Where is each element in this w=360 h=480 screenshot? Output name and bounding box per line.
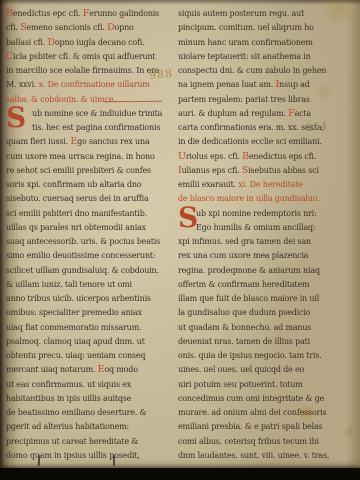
text-run: ub nomine sce & indiuidue trinita bbox=[32, 109, 162, 118]
text-run: re sehot sci emilii presbiteri & confes bbox=[6, 166, 151, 175]
rubric-run: xi. De hereditate bbox=[238, 180, 303, 189]
text-run: isebutus abbas sci bbox=[248, 166, 319, 175]
text-run: precipimus ut careat hereditate & bbox=[6, 437, 138, 446]
text-line: conspectu dni. & cum zabulo in gehen bbox=[178, 64, 336, 78]
text-line: pgerit ad alterius habitationem: bbox=[6, 420, 170, 434]
rubric-underline-flourish bbox=[104, 99, 162, 103]
text-line: Iulianus eps cfi. Sisebutus abbas sci bbox=[178, 164, 336, 178]
text-run: ballasi cfi. bbox=[6, 38, 47, 47]
text-run: Ego humilis & omium ancillaq: bbox=[196, 223, 315, 232]
text-line: pincipum. comitum. uel aliqrum ho bbox=[178, 21, 336, 35]
text-line: obtentu precu. uiaq: ueniam conseq bbox=[6, 349, 170, 363]
margin-annotation-number: 254 bbox=[305, 121, 328, 134]
text-run: nsup ad bbox=[279, 80, 310, 89]
text-run: anno tribus uicib. uicerpos arbentinis bbox=[6, 294, 151, 303]
text-run: la gundisaluo que dudum psedicio bbox=[178, 308, 310, 317]
text-run: minum hanc uram confirmationem bbox=[178, 38, 313, 47]
text-line: quam fieri iussi. Ego sancius rex una bbox=[6, 135, 170, 149]
text-run: cfi. bbox=[6, 23, 20, 32]
text-run: emeno sancionis cfi. bbox=[26, 23, 107, 32]
text-run: acta bbox=[295, 109, 311, 118]
text-run: emiliani presbia. & e patri spali belas bbox=[178, 422, 322, 431]
text-run: erunno galindonis bbox=[89, 9, 159, 18]
text-line: in marcilio sce eolalie firmauims. In er… bbox=[6, 64, 170, 78]
text-run: pgerit ad alterius habitationem: bbox=[6, 422, 129, 431]
text-line: uiolare teptauerit: sit anathema in bbox=[178, 50, 336, 64]
text-line: la gundisaluo que dudum psedicio bbox=[178, 306, 336, 320]
text-line: sisebuto. cuersaq serus dei in aruffia bbox=[6, 192, 170, 206]
text-run: regina. prodeqmone & aniarum niaq bbox=[178, 266, 320, 275]
text-line: uiaq fiat commemoratio missarum. bbox=[6, 321, 170, 335]
drop-cap-initial: S bbox=[6, 104, 26, 132]
text-line: sci emilii psbiteri dno manifestantib. bbox=[6, 207, 170, 221]
text-run: uiri potuim seu potuerint. totum bbox=[178, 380, 303, 389]
text-run: ub xpi nomine redemptoris nri: bbox=[196, 209, 317, 218]
text-line: auri. & duplum ad regulam. Facta bbox=[178, 107, 336, 121]
text-run: de beatissimo emiliano deserture. & bbox=[6, 408, 146, 417]
text-run: omibus: specialiter premedio aniax bbox=[6, 308, 142, 317]
text-line: scilicet uillam gundisaluiq. & cobdouin. bbox=[6, 264, 170, 278]
text-run: habitantibus in ipis uillis auitqse bbox=[6, 394, 131, 403]
text-line: ballasi cfi. Dopno iugla decano cofi. bbox=[6, 36, 170, 50]
rubric-run: D bbox=[47, 37, 54, 48]
text-line: emilii exarauit. xi. De hereditate bbox=[178, 178, 336, 192]
text-line: uines. uel oues. uel quicqd de eo bbox=[178, 363, 336, 377]
text-line: psalmoq. clamoq uiaq apud dnm. ut bbox=[6, 335, 170, 349]
text-line: & uillam iuniz. tali tenore ut omi bbox=[6, 278, 170, 292]
text-line: Uriolus eps. cfi. Benedictus eps cfi. bbox=[178, 150, 336, 164]
text-line: suaq antecessorib. uris. & pocius beatis bbox=[6, 235, 170, 249]
rubric-run: de blasco maiore in uilla gundisaluo. bbox=[178, 194, 320, 203]
text-line: re sehot sci emilii presbiteri & confes bbox=[6, 164, 170, 178]
text-line: murare. ad onium almi dei confessoris bbox=[178, 406, 336, 420]
text-line: precipimus ut careat hereditate & bbox=[6, 435, 170, 449]
margin-annotation-year: 988 bbox=[149, 67, 174, 82]
photo-bottom-edge bbox=[0, 468, 360, 480]
text-line: ut quadam & bonnecho. ad manus bbox=[178, 321, 336, 335]
manuscript-page: Benedictus epc cfi. Ferunno galindoniscf… bbox=[0, 0, 360, 480]
text-run: riolus eps. cfi. bbox=[186, 152, 242, 161]
text-line: de beatissimo emiliano deserture. & bbox=[6, 406, 170, 420]
text-line: habitantibus in ipis uillis auitqse bbox=[6, 392, 170, 406]
text-run: quam fieri iussi. bbox=[6, 137, 70, 146]
text-line: rex una cum uxore mea plazencia bbox=[178, 249, 336, 263]
rubric-run: U bbox=[178, 151, 186, 162]
text-line: domo quam in ipsius uillis posedit, bbox=[6, 449, 170, 463]
text-line: offerim & confirmam hereditatem bbox=[178, 278, 336, 292]
rubric-run: x. De confirmatione uillarum bbox=[39, 80, 150, 89]
text-line: minum hanc uram confirmationem bbox=[178, 36, 336, 50]
text-run: domo quam in ipsius uillis posedit, bbox=[6, 451, 140, 460]
text-line: tis. hec est pagina confirmationis bbox=[6, 121, 170, 135]
text-run: cum uxore mea urraca regina. in hono bbox=[6, 152, 155, 161]
text-line: xpi infimus. sed gra tamen dei san bbox=[178, 235, 336, 249]
text-run: in die dedicationis ecclie sci emiliani. bbox=[178, 137, 322, 146]
text-line: in die dedicationis ecclie sci emiliani. bbox=[178, 135, 336, 149]
text-run: mercant uiaq notarum. bbox=[6, 365, 98, 374]
text-run: dnm laudantes. sunt. viii. uinee. v. tra… bbox=[178, 451, 329, 460]
text-run: icla psbiter cfi. & omis qui adfuerunt bbox=[13, 52, 155, 61]
text-run: comi albus. ceterisq fribus tecum ibi bbox=[178, 437, 319, 446]
text-line: deueniat nras. tamen de illius pati bbox=[178, 335, 336, 349]
rubric-run: D bbox=[107, 22, 114, 33]
text-line: M. xxvi. x. De confirmatione uillarum bbox=[6, 78, 170, 92]
text-run: carta confirmationis era. m. xx. sexta, bbox=[178, 123, 324, 132]
text-run: murare. ad onium almi dei confessoris bbox=[178, 408, 326, 417]
text-run: simo emilio deuotissime concesserunt: bbox=[6, 251, 155, 260]
text-run: xpi infimus. sed gra tamen dei san bbox=[178, 237, 311, 246]
text-line: illam que fuit de blasco maiore in uil bbox=[178, 292, 336, 306]
text-line: siquis autem posterum regu. aut bbox=[178, 7, 336, 21]
column-right: siquis autem posterum regu. autpincipum.… bbox=[178, 7, 336, 463]
text-run: sisebuto. cuersaq serus dei in aruffia bbox=[6, 194, 149, 203]
text-run: uiaq fiat commemoratio missarum. bbox=[6, 323, 141, 332]
text-run: obtentu precu. uiaq: ueniam conseq bbox=[6, 351, 145, 360]
text-line: emiliani presbia. & e patri spali belas bbox=[178, 420, 336, 434]
text-run: psalmoq. clamoq uiaq apud dnm. ut bbox=[6, 337, 145, 346]
text-run: emilii exarauit. bbox=[178, 180, 238, 189]
text-run: na ignem penas luat am. bbox=[178, 80, 275, 89]
text-line: ut eas confirmamus. ut siquis ex bbox=[6, 378, 170, 392]
text-line: onis. quia de ipsius negocio. tam tris. bbox=[178, 349, 336, 363]
text-line: mercant uiaq notarum. Eoq modo bbox=[6, 363, 170, 377]
text-line: soris xpi. confirmam ub altaria dno bbox=[6, 178, 170, 192]
text-run: in marcilio sce eolalie firmauims. In er… bbox=[6, 66, 159, 75]
text-run: enedictus eps cfi. bbox=[249, 152, 316, 161]
text-run: rex una cum uxore mea plazencia bbox=[178, 251, 308, 260]
text-line: ub nomine sce & indiuidue trinita bbox=[6, 107, 170, 121]
text-run: M. xxvi. bbox=[6, 80, 39, 89]
text-line: comi albus. ceterisq fribus tecum ibi bbox=[178, 435, 336, 449]
text-run: deueniat nras. tamen de illius pati bbox=[178, 337, 310, 346]
text-run: opno iugla decano cofi. bbox=[55, 38, 145, 47]
text-line: regina. prodeqmone & aniarum niaq bbox=[178, 264, 336, 278]
text-line: de blasco maiore in uilla gundisaluo. bbox=[178, 192, 336, 206]
text-run: partem regalem: pariat tres libras bbox=[178, 95, 310, 104]
text-run: conspectu dni. & cum zabulo in gehen bbox=[178, 66, 326, 75]
text-run: ut quadam & bonnecho. ad manus bbox=[178, 323, 311, 332]
text-run: onis. quia de ipsius negocio. tam tris. bbox=[178, 351, 322, 360]
text-run: uiolare teptauerit: sit anathema in bbox=[178, 52, 311, 61]
text-run: scilicet uillam gundisaluiq. & cobdouin. bbox=[6, 266, 159, 275]
text-run: pincipum. comitum. uel aliqrum ho bbox=[178, 23, 314, 32]
text-line: na ignem penas luat am. Insup ad bbox=[178, 78, 336, 92]
text-line: Ego humilis & omium ancillaq: bbox=[178, 221, 336, 235]
text-line: Cicla psbiter cfi. & omis qui adfuerunt bbox=[6, 50, 170, 64]
column-left: Benedictus epc cfi. Ferunno galindoniscf… bbox=[6, 7, 170, 463]
text-run: suaq antecessorib. uris. & pocius beatis bbox=[6, 237, 160, 246]
text-run: go sancius rex una bbox=[77, 137, 149, 146]
text-line: anno tribus uicib. uicerpos arbentinis bbox=[6, 292, 170, 306]
text-run: sci emilii psbiteri dno manifestantib. bbox=[6, 209, 147, 218]
text-line: cum uxore mea urraca regina. in hono bbox=[6, 150, 170, 164]
text-run: ulianus eps cfi. bbox=[182, 166, 242, 175]
pen-mark bbox=[38, 455, 40, 466]
text-line: simo emilio deuotissime concesserunt: bbox=[6, 249, 170, 263]
rubric-run: B bbox=[242, 151, 249, 162]
text-run: soris xpi. confirmam ub altaria dno bbox=[6, 180, 141, 189]
text-run: tis. hec est pagina confirmationis bbox=[32, 123, 160, 132]
text-run: ut eas confirmamus. ut siquis ex bbox=[6, 380, 131, 389]
text-run: uillas qs parales nri obtemodii aniax bbox=[6, 223, 146, 232]
text-run: offerim & confirmam hereditatem bbox=[178, 280, 309, 289]
text-run: illam que fuit de blasco maiore in uil bbox=[178, 294, 319, 303]
text-line: uillas qs parales nri obtemodii aniax bbox=[6, 221, 170, 235]
pen-mark bbox=[113, 455, 115, 466]
text-line: Benedictus epc cfi. Ferunno galindonis bbox=[6, 7, 170, 21]
text-line: uiri potuim seu potuerint. totum bbox=[178, 378, 336, 392]
text-run: concedimus cum omi integritate & ge bbox=[178, 394, 324, 403]
text-run: enedictus epc cfi. bbox=[13, 9, 83, 18]
text-run: uines. uel oues. uel quicqd de eo bbox=[178, 365, 304, 374]
drop-cap-initial: S bbox=[178, 204, 198, 232]
text-line: partem regalem: pariat tres libras bbox=[178, 93, 336, 107]
text-line: ub xpi nomine redemptoris nri: bbox=[178, 207, 336, 221]
text-line: omibus: specialiter premedio aniax bbox=[6, 306, 170, 320]
text-run: oq modo bbox=[104, 365, 137, 374]
text-run: & uillam iuniz. tali tenore ut omi bbox=[6, 280, 132, 289]
rubric-run: B bbox=[6, 8, 13, 19]
text-run: siquis autem posterum regu. aut bbox=[178, 9, 304, 18]
text-run: opno bbox=[115, 23, 134, 32]
text-line: dnm laudantes. sunt. viii. uinee. v. tra… bbox=[178, 449, 336, 463]
text-run: auri. & duplum ad regulam. bbox=[178, 109, 288, 118]
text-line: cfi. Semeno sancionis cfi. Dopno bbox=[6, 21, 170, 35]
text-line: concedimus cum omi integritate & ge bbox=[178, 392, 336, 406]
